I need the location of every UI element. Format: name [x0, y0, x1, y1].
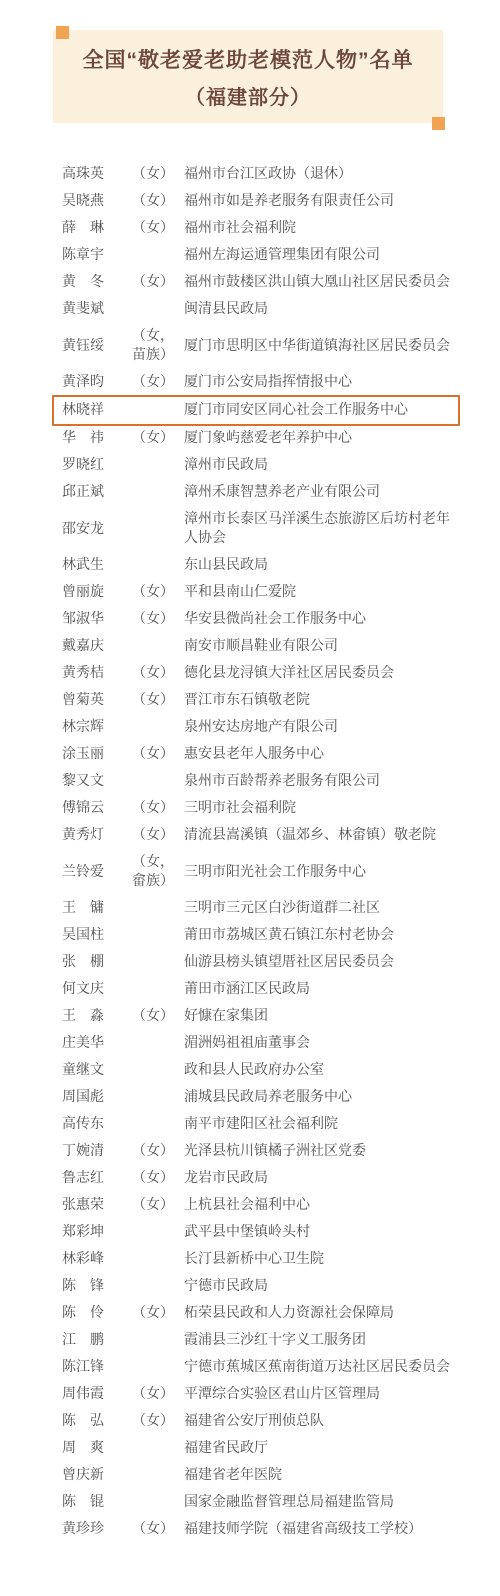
gender-ethnicity-label: （女） — [132, 745, 184, 764]
list-item: 薛 琳 （女） 福州市社会福利院 — [62, 219, 454, 238]
roster-list: 高珠英 （女） 福州市台江区政协（退休） 吴晓燕 （女） 福州市如是养老服务有限… — [62, 165, 454, 1547]
organization-name: 龙岩市民政局 — [184, 1169, 454, 1188]
person-name: 高珠英 — [62, 165, 132, 184]
organization-name: 福建省民政厅 — [184, 1439, 454, 1458]
organization-name: 福建省老年医院 — [184, 1466, 454, 1485]
organization-name: 厦门市同安区同心社会工作服务中心 — [184, 401, 452, 420]
organization-name: 柘荣县民政和人力资源社会保障局 — [184, 1304, 454, 1323]
organization-name: 晋江市东石镇敬老院 — [184, 691, 454, 710]
person-name: 林宗辉 — [62, 718, 132, 737]
list-item: 周 爽 福建省民政厅 — [62, 1439, 454, 1458]
list-item: 黄斐斌 闽清县民政局 — [62, 300, 454, 319]
gender-ethnicity-label: （女） — [132, 610, 184, 629]
gender-ethnicity-label: （女） — [132, 664, 184, 683]
gender-ethnicity-label: （女） — [132, 691, 184, 710]
list-item: 王 淼 （女） 好慷在家集团 — [62, 1007, 454, 1026]
organization-name: 福州市社会福利院 — [184, 219, 454, 238]
person-name: 黄秀桔 — [62, 664, 132, 683]
organization-name: 三明市社会福利院 — [184, 799, 454, 818]
page-title: 全国“敬老爱老助老模范人物”名单 — [53, 43, 443, 79]
page-subtitle: （福建部分） — [53, 79, 443, 117]
list-item: 陈 伶 （女） 柘荣县民政和人力资源社会保障局 — [62, 1304, 454, 1323]
gender-ethnicity-label: （女） — [132, 429, 184, 448]
person-name: 周国彪 — [62, 1088, 132, 1107]
person-name: 陈江锋 — [62, 1358, 132, 1377]
organization-name: 平和县南山仁爱院 — [184, 583, 454, 602]
gender-ethnicity-label: （女） — [132, 1142, 184, 1161]
gender-ethnicity-label: （女，苗族） — [132, 327, 184, 365]
gender-ethnicity-label: （女） — [132, 373, 184, 392]
corner-square-top-left — [56, 26, 69, 39]
list-item: 吴国柱 莆田市荔城区黄石镇江东村老协会 — [62, 926, 454, 945]
list-item: 童继文 政和县人民政府办公室 — [62, 1061, 454, 1080]
organization-name: 武平县中堡镇岭头村 — [184, 1223, 454, 1242]
organization-name: 宁德市蕉城区蕉南街道万达社区居民委员会 — [184, 1358, 454, 1377]
organization-name: 莆田市涵江区民政局 — [184, 980, 454, 999]
organization-name: 福州市台江区政协（退休） — [184, 165, 454, 184]
gender-ethnicity-label: （女） — [132, 192, 184, 211]
organization-name: 华安县微尚社会工作服务中心 — [184, 610, 454, 629]
organization-name: 浦城县民政局养老服务中心 — [184, 1088, 454, 1107]
organization-name: 漳州禾康智慧养老产业有限公司 — [184, 483, 454, 502]
organization-name: 厦门象屿慈爱老年养护中心 — [184, 429, 454, 448]
title-banner: 全国“敬老爱老助老模范人物”名单 （福建部分） — [53, 30, 443, 123]
person-name: 庄美华 — [62, 1034, 132, 1053]
person-name: 曾菊英 — [62, 691, 132, 710]
organization-name: 国家金融监督管理总局福建监管局 — [184, 1493, 454, 1512]
list-item: 兰铃爱 （女，畲族） 三明市阳光社会工作服务中心 — [62, 853, 454, 891]
list-item: 华 祎 （女） 厦门象屿慈爱老年养护中心 — [62, 429, 454, 448]
list-item: 陈 锟 国家金融监督管理总局福建监管局 — [62, 1493, 454, 1512]
organization-name: 东山县民政局 — [184, 556, 454, 575]
gender-ethnicity-label: （女） — [132, 1520, 184, 1539]
organization-name: 上杭县社会福利中心 — [184, 1196, 454, 1215]
person-name: 黄 冬 — [62, 273, 132, 292]
list-item: 曾庆新 福建省老年医院 — [62, 1466, 454, 1485]
person-name: 陈章宇 — [62, 246, 132, 265]
person-name: 周伟霞 — [62, 1385, 132, 1404]
person-name: 丁婉清 — [62, 1142, 132, 1161]
person-name: 罗晓红 — [62, 456, 132, 475]
person-name: 涂玉丽 — [62, 745, 132, 764]
organization-name: 厦门市思明区中华街道镇海社区居民委员会 — [184, 337, 454, 356]
list-item: 曾菊英 （女） 晋江市东石镇敬老院 — [62, 691, 454, 710]
list-item: 高珠英 （女） 福州市台江区政协（退休） — [62, 165, 454, 184]
organization-name: 三明市阳光社会工作服务中心 — [184, 863, 454, 882]
gender-ethnicity-label: （女） — [132, 1304, 184, 1323]
organization-name: 闽清县民政局 — [184, 300, 454, 319]
list-item: 曾丽旋 （女） 平和县南山仁爱院 — [62, 583, 454, 602]
list-item: 邵安龙 漳州市长泰区马洋溪生态旅游区后坊村老年人协会 — [62, 510, 454, 548]
list-item: 江 鹏 霞浦县三沙红十字义工服务团 — [62, 1331, 454, 1350]
person-name: 黄泽昀 — [62, 373, 132, 392]
organization-name: 长汀县新桥中心卫生院 — [184, 1250, 454, 1269]
list-item: 戴嘉庆 南安市顺昌鞋业有限公司 — [62, 637, 454, 656]
organization-name: 南安市顺昌鞋业有限公司 — [184, 637, 454, 656]
person-name: 吴晓燕 — [62, 192, 132, 211]
list-item: 黄钰绥 （女，苗族） 厦门市思明区中华街道镇海社区居民委员会 — [62, 327, 454, 365]
organization-name: 宁德市民政局 — [184, 1277, 454, 1296]
announcement-page: 全国“敬老爱老助老模范人物”名单 （福建部分） 高珠英 （女） 福州市台江区政协… — [0, 0, 500, 1596]
organization-name: 泉州市百龄帮养老服务有限公司 — [184, 772, 454, 791]
person-name: 黄珍珍 — [62, 1520, 132, 1539]
person-name: 郑彩坤 — [62, 1223, 132, 1242]
gender-ethnicity-label: （女） — [132, 799, 184, 818]
list-item: 王 镛 三明市三元区白沙街道群二社区 — [62, 899, 454, 918]
organization-name: 漳州市民政局 — [184, 456, 454, 475]
person-name: 曾庆新 — [62, 1466, 132, 1485]
list-item: 鲁志红 （女） 龙岩市民政局 — [62, 1169, 454, 1188]
list-item: 陈章宇 福州左海运通管理集团有限公司 — [62, 246, 454, 265]
organization-name: 惠安县老年人服务中心 — [184, 745, 454, 764]
organization-name: 政和县人民政府办公室 — [184, 1061, 454, 1080]
person-name: 黄秀灯 — [62, 826, 132, 845]
person-name: 陈 伶 — [62, 1304, 132, 1323]
organization-name: 福建省公安厅刑侦总队 — [184, 1412, 454, 1431]
list-item: 庄美华 湄洲妈祖祖庙董事会 — [62, 1034, 454, 1053]
organization-name: 福州市鼓楼区洪山镇大凰山社区居民委员会 — [184, 273, 454, 292]
list-item: 郑彩坤 武平县中堡镇岭头村 — [62, 1223, 454, 1242]
person-name: 张惠荣 — [62, 1196, 132, 1215]
person-name: 王 镛 — [62, 899, 132, 918]
list-item: 黎又文 泉州市百龄帮养老服务有限公司 — [62, 772, 454, 791]
person-name: 邹淑华 — [62, 610, 132, 629]
list-item: 邹淑华 （女） 华安县微尚社会工作服务中心 — [62, 610, 454, 629]
list-item: 黄珍珍 （女） 福建技师学院（福建省高级技工学校） — [62, 1520, 454, 1539]
gender-ethnicity-label: （女，畲族） — [132, 853, 184, 891]
gender-ethnicity-label: （女） — [132, 583, 184, 602]
list-item: 张 棚 仙游县榜头镇望厝社区居民委员会 — [62, 953, 454, 972]
person-name: 何文庆 — [62, 980, 132, 999]
list-item: 林武生 东山县民政局 — [62, 556, 454, 575]
organization-name: 福州市如是养老服务有限责任公司 — [184, 192, 454, 211]
list-item: 黄 冬 （女） 福州市鼓楼区洪山镇大凰山社区居民委员会 — [62, 273, 454, 292]
organization-name: 厦门市公安局指挥情报中心 — [184, 373, 454, 392]
list-item: 罗晓红 漳州市民政局 — [62, 456, 454, 475]
list-item: 高传东 南平市建阳区社会福利院 — [62, 1115, 454, 1134]
gender-ethnicity-label: （女） — [132, 165, 184, 184]
gender-ethnicity-label: （女） — [132, 826, 184, 845]
organization-name: 平潭综合实验区君山片区管理局 — [184, 1385, 454, 1404]
organization-name: 好慷在家集团 — [184, 1007, 454, 1026]
list-item: 丁婉清 （女） 光泽县杭川镇橘子洲社区党委 — [62, 1142, 454, 1161]
list-item: 周国彪 浦城县民政局养老服务中心 — [62, 1088, 454, 1107]
person-name: 陈 锟 — [62, 1493, 132, 1512]
list-item: 林宗辉 泉州安达房地产有限公司 — [62, 718, 454, 737]
person-name: 林晓祥 — [62, 401, 132, 420]
list-item: 陈江锋 宁德市蕉城区蕉南街道万达社区居民委员会 — [62, 1358, 454, 1377]
gender-ethnicity-label: （女） — [132, 219, 184, 238]
person-name: 陈 锋 — [62, 1277, 132, 1296]
person-name: 黎又文 — [62, 772, 132, 791]
person-name: 江 鹏 — [62, 1331, 132, 1350]
organization-name: 霞浦县三沙红十字义工服务团 — [184, 1331, 454, 1350]
list-item: 黄秀灯 （女） 清流县嵩溪镇（温郊乡、林畲镇）敬老院 — [62, 826, 454, 845]
list-item: 傅锦云 （女） 三明市社会福利院 — [62, 799, 454, 818]
person-name: 邵安龙 — [62, 520, 132, 539]
organization-name: 湄洲妈祖祖庙董事会 — [184, 1034, 454, 1053]
list-item: 陈 锋 宁德市民政局 — [62, 1277, 454, 1296]
list-item: 林彩峰 长汀县新桥中心卫生院 — [62, 1250, 454, 1269]
gender-ethnicity-label: （女） — [132, 1169, 184, 1188]
gender-ethnicity-label: （女） — [132, 1007, 184, 1026]
person-name: 曾丽旋 — [62, 583, 132, 602]
person-name: 张 棚 — [62, 953, 132, 972]
person-name: 黄斐斌 — [62, 300, 132, 319]
list-item: 陈 弘 （女） 福建省公安厅刑侦总队 — [62, 1412, 454, 1431]
person-name: 林彩峰 — [62, 1250, 132, 1269]
gender-ethnicity-label: （女） — [132, 1385, 184, 1404]
person-name: 薛 琳 — [62, 219, 132, 238]
person-name: 王 淼 — [62, 1007, 132, 1026]
organization-name: 三明市三元区白沙街道群二社区 — [184, 899, 454, 918]
person-name: 童继文 — [62, 1061, 132, 1080]
person-name: 傅锦云 — [62, 799, 132, 818]
organization-name: 仙游县榜头镇望厝社区居民委员会 — [184, 953, 454, 972]
person-name: 邱正斌 — [62, 483, 132, 502]
person-name: 吴国柱 — [62, 926, 132, 945]
highlighted-list-item: 林晓祥 厦门市同安区同心社会工作服务中心 — [52, 395, 460, 426]
list-item: 黄秀桔 （女） 德化县龙浔镇大洋社区居民委员会 — [62, 664, 454, 683]
person-name: 林武生 — [62, 556, 132, 575]
organization-name: 泉州安达房地产有限公司 — [184, 718, 454, 737]
organization-name: 福建技师学院（福建省高级技工学校） — [184, 1520, 454, 1539]
corner-square-bottom-right — [432, 117, 445, 130]
person-name: 陈 弘 — [62, 1412, 132, 1431]
person-name: 兰铃爱 — [62, 863, 132, 882]
person-name: 戴嘉庆 — [62, 637, 132, 656]
person-name: 周 爽 — [62, 1439, 132, 1458]
list-item: 张惠荣 （女） 上杭县社会福利中心 — [62, 1196, 454, 1215]
list-item: 涂玉丽 （女） 惠安县老年人服务中心 — [62, 745, 454, 764]
organization-name: 清流县嵩溪镇（温郊乡、林畲镇）敬老院 — [184, 826, 454, 845]
gender-ethnicity-label: （女） — [132, 273, 184, 292]
person-name: 华 祎 — [62, 429, 132, 448]
organization-name: 福州左海运通管理集团有限公司 — [184, 246, 454, 265]
gender-ethnicity-label: （女） — [132, 1196, 184, 1215]
organization-name: 莆田市荔城区黄石镇江东村老协会 — [184, 926, 454, 945]
list-item: 邱正斌 漳州禾康智慧养老产业有限公司 — [62, 483, 454, 502]
organization-name: 德化县龙浔镇大洋社区居民委员会 — [184, 664, 454, 683]
organization-name: 光泽县杭川镇橘子洲社区党委 — [184, 1142, 454, 1161]
person-name: 高传东 — [62, 1115, 132, 1134]
person-name: 鲁志红 — [62, 1169, 132, 1188]
gender-ethnicity-label: （女） — [132, 1412, 184, 1431]
list-item: 吴晓燕 （女） 福州市如是养老服务有限责任公司 — [62, 192, 454, 211]
list-item: 黄泽昀 （女） 厦门市公安局指挥情报中心 — [62, 373, 454, 392]
organization-name: 漳州市长泰区马洋溪生态旅游区后坊村老年人协会 — [184, 510, 454, 548]
organization-name: 南平市建阳区社会福利院 — [184, 1115, 454, 1134]
list-item: 何文庆 莆田市涵江区民政局 — [62, 980, 454, 999]
person-name: 黄钰绥 — [62, 337, 132, 356]
list-item: 周伟霞 （女） 平潭综合实验区君山片区管理局 — [62, 1385, 454, 1404]
